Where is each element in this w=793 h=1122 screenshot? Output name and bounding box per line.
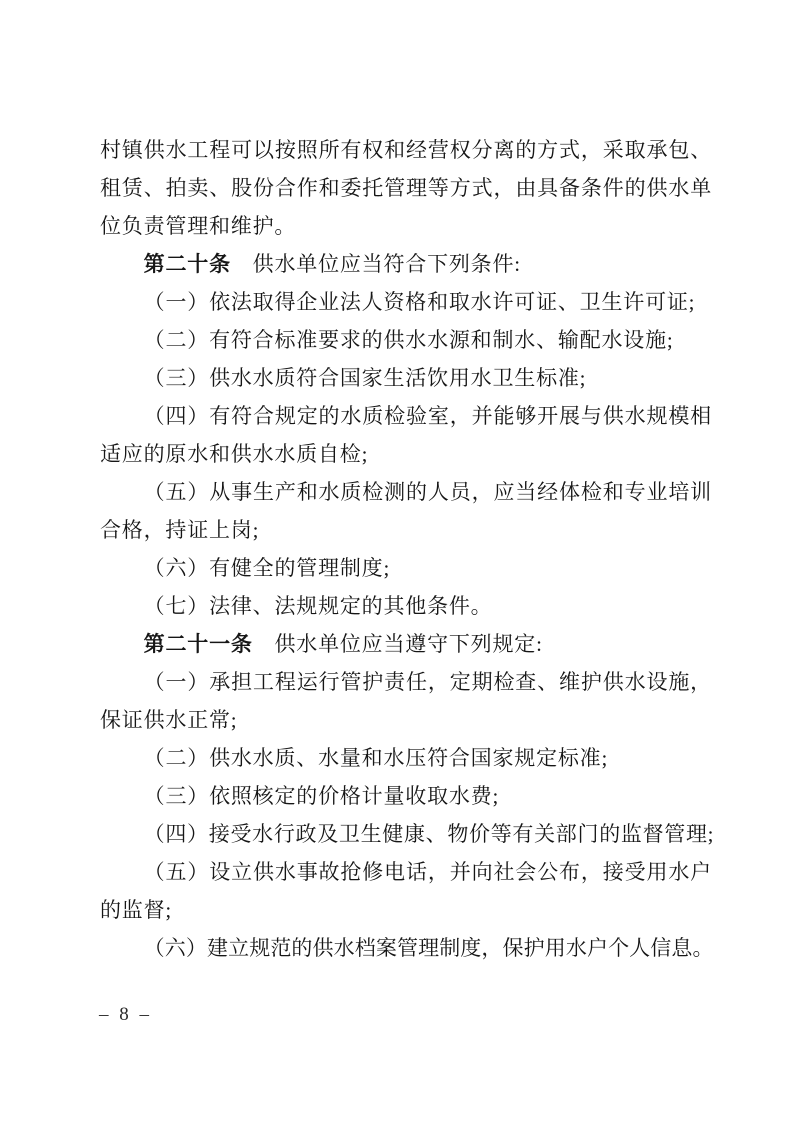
article-20-item-4: （四）有符合规定的水质检验室，并能够开展与供水规模相适应的原水和供水水质自检; xyxy=(100,397,712,473)
article-20-item-2: （二）有符合标准要求的供水水源和制水、输配水设施; xyxy=(100,321,712,359)
article-21-item-1: （一）承担工程运行管护责任，定期检查、维护供水设施，保证供水正常; xyxy=(100,663,712,739)
article-21-title: 供水单位应当遵守下列规定: xyxy=(253,632,543,656)
article-21-heading: 第二十一条 供水单位应当遵守下列规定: xyxy=(100,625,712,663)
article-21-item-3: （三）依照核定的价格计量收取水费; xyxy=(100,777,712,815)
article-20-item-5: （五）从事生产和水质检测的人员，应当经体检和专业培训合格，持证上岗; xyxy=(100,473,712,549)
article-21-item-5: （五）设立供水事故抢修电话，并向社会公布，接受用水户的监督; xyxy=(100,853,712,929)
article-20-item-1: （一）依法取得企业法人资格和取水许可证、卫生许可证; xyxy=(100,283,712,321)
article-21-item-2: （二）供水水质、水量和水压符合国家规定标准; xyxy=(100,739,712,777)
page-number: – 8 – xyxy=(99,1000,152,1030)
document-body: 村镇供水工程可以按照所有权和经营权分离的方式，采取承包、租赁、拍卖、股份合作和委… xyxy=(100,131,712,967)
article-20-title: 供水单位应当符合下列条件: xyxy=(231,252,521,276)
intro-paragraph: 村镇供水工程可以按照所有权和经营权分离的方式，采取承包、租赁、拍卖、股份合作和委… xyxy=(100,131,712,245)
article-21-item-4: （四）接受水行政及卫生健康、物价等有关部门的监督管理; xyxy=(100,815,712,853)
article-21-number: 第二十一条 xyxy=(144,632,253,656)
article-20-number: 第二十条 xyxy=(144,252,231,276)
article-20-heading: 第二十条 供水单位应当符合下列条件: xyxy=(100,245,712,283)
article-21-item-6: （六）建立规范的供水档案管理制度，保护用水户个人信息。 xyxy=(100,929,712,967)
article-20-item-7: （七）法律、法规规定的其他条件。 xyxy=(100,587,712,625)
article-20-item-6: （六）有健全的管理制度; xyxy=(100,549,712,587)
article-20-item-3: （三）供水水质符合国家生活饮用水卫生标准; xyxy=(100,359,712,397)
